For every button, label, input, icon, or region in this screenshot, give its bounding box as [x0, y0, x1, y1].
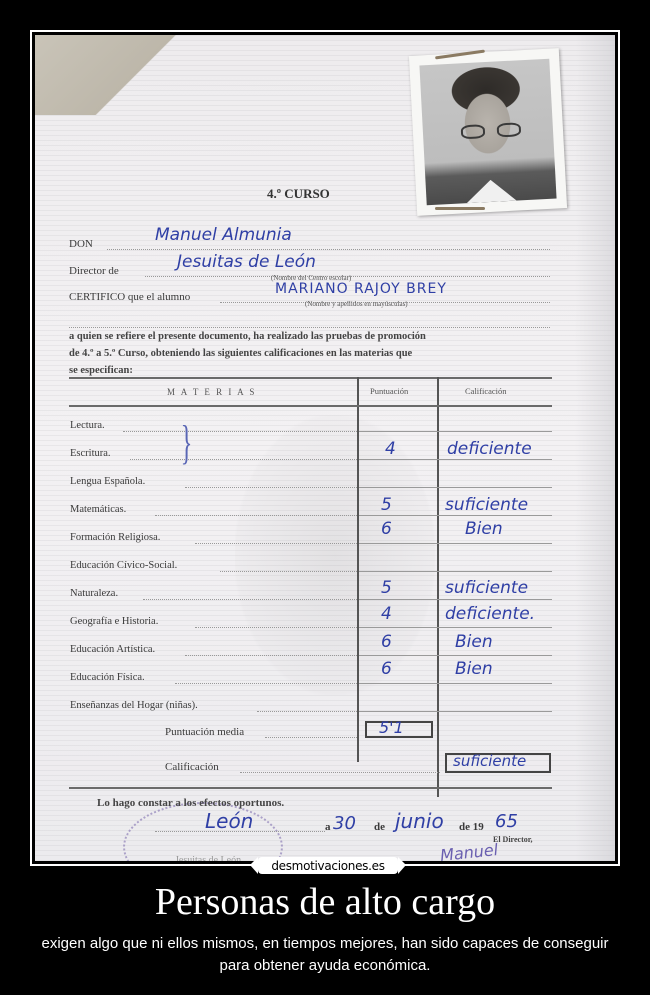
place-value: León [205, 809, 253, 833]
table-column-divider [357, 377, 359, 762]
month-value: junio [395, 809, 444, 833]
don-label: DON [69, 238, 93, 250]
subject-label: Escritura. [70, 448, 111, 459]
subject-label: Matemáticas. [70, 504, 126, 515]
score-value: 6 [381, 519, 392, 539]
header-materias: M A T E R I A S [167, 387, 256, 397]
table-column-divider [437, 377, 439, 797]
score-value: 5 [381, 495, 392, 515]
final-grade-label: Calificación [165, 761, 219, 773]
score-value: 4 [381, 604, 392, 624]
day-value: 30 [333, 813, 356, 834]
subject-label: Educación Física. [70, 672, 145, 683]
final-grade-value: suficiente [453, 752, 526, 770]
subject-label: Enseñanzas del Hogar (niñas). [70, 700, 198, 711]
year-value: 65 [495, 811, 518, 832]
certifico-label: CERTIFICO que el alumno [69, 291, 190, 303]
caption-title: Personas de alto cargo [0, 880, 650, 924]
subject-label: Lectura. [70, 420, 105, 431]
subject-label: Lengua Española. [70, 476, 145, 487]
grade-value: suficiente [445, 578, 528, 598]
desk-corner [35, 35, 235, 115]
director-label: Director de [69, 265, 119, 277]
course-title: 4.º CURSO [267, 186, 330, 202]
score-value: 4 [385, 439, 396, 459]
director-value: Jesuitas de León [177, 252, 316, 272]
student-hint: (Nombre y apellidos en mayúsculas) [305, 300, 408, 308]
caption-subtitle: exigen algo que ni ellos mismos, en tiem… [40, 933, 610, 977]
subject-label: Geografía e Historia. [70, 616, 158, 627]
subject-label: Formación Religiosa. [70, 532, 160, 543]
average-value: 5'1 [379, 718, 404, 737]
grade-value: Bien [455, 632, 493, 652]
score-value: 6 [381, 632, 392, 652]
coat-of-arms-watermark [235, 415, 435, 695]
grade-value: deficiente [447, 439, 532, 459]
grade-value: deficiente. [445, 604, 535, 624]
don-value: Manuel Almunia [155, 225, 292, 245]
paper-clip [435, 207, 485, 210]
student-portrait [419, 59, 556, 206]
grade-value: suficiente [445, 495, 528, 515]
student-id-photo [409, 48, 567, 216]
score-value: 5 [381, 578, 392, 598]
paragraph-line-2: de 4.º a 5.º Curso, obteniendo las sigui… [69, 348, 412, 359]
average-label: Puntuación media [165, 726, 244, 738]
grade-value: Bien [455, 659, 493, 679]
subject-label: Naturaleza. [70, 588, 118, 599]
director-sign-label: El Director, [493, 835, 533, 844]
poster-frame: 4.º CURSO DON Manuel Almunia Director de… [30, 30, 620, 866]
header-calificacion: Calificación [465, 386, 507, 396]
closing-text: Lo hago constar a los efectos oportunos. [97, 797, 284, 809]
paragraph-line-1: a quien se refiere el presente documento… [69, 331, 426, 342]
subject-label: Educación Cívico-Social. [70, 560, 177, 571]
year-prefix: de 19 [459, 821, 484, 833]
student-name-value: MARIANO RAJOY BREY [275, 281, 447, 297]
score-value: 6 [381, 659, 392, 679]
site-watermark: desmotivaciones.es [258, 857, 398, 874]
paragraph-line-3: se especifican: [69, 365, 133, 376]
grade-value: Bien [465, 519, 503, 539]
stamp-text: Jesuitas de León [175, 855, 241, 861]
brace-icon: } [181, 415, 193, 470]
date-de: de [374, 821, 385, 833]
glasses-icon [461, 122, 522, 139]
document-photo: 4.º CURSO DON Manuel Almunia Director de… [35, 35, 615, 861]
date-a: a [325, 821, 331, 833]
subject-label: Educación Artística. [70, 644, 155, 655]
header-puntuacion: Puntuación [370, 386, 408, 396]
